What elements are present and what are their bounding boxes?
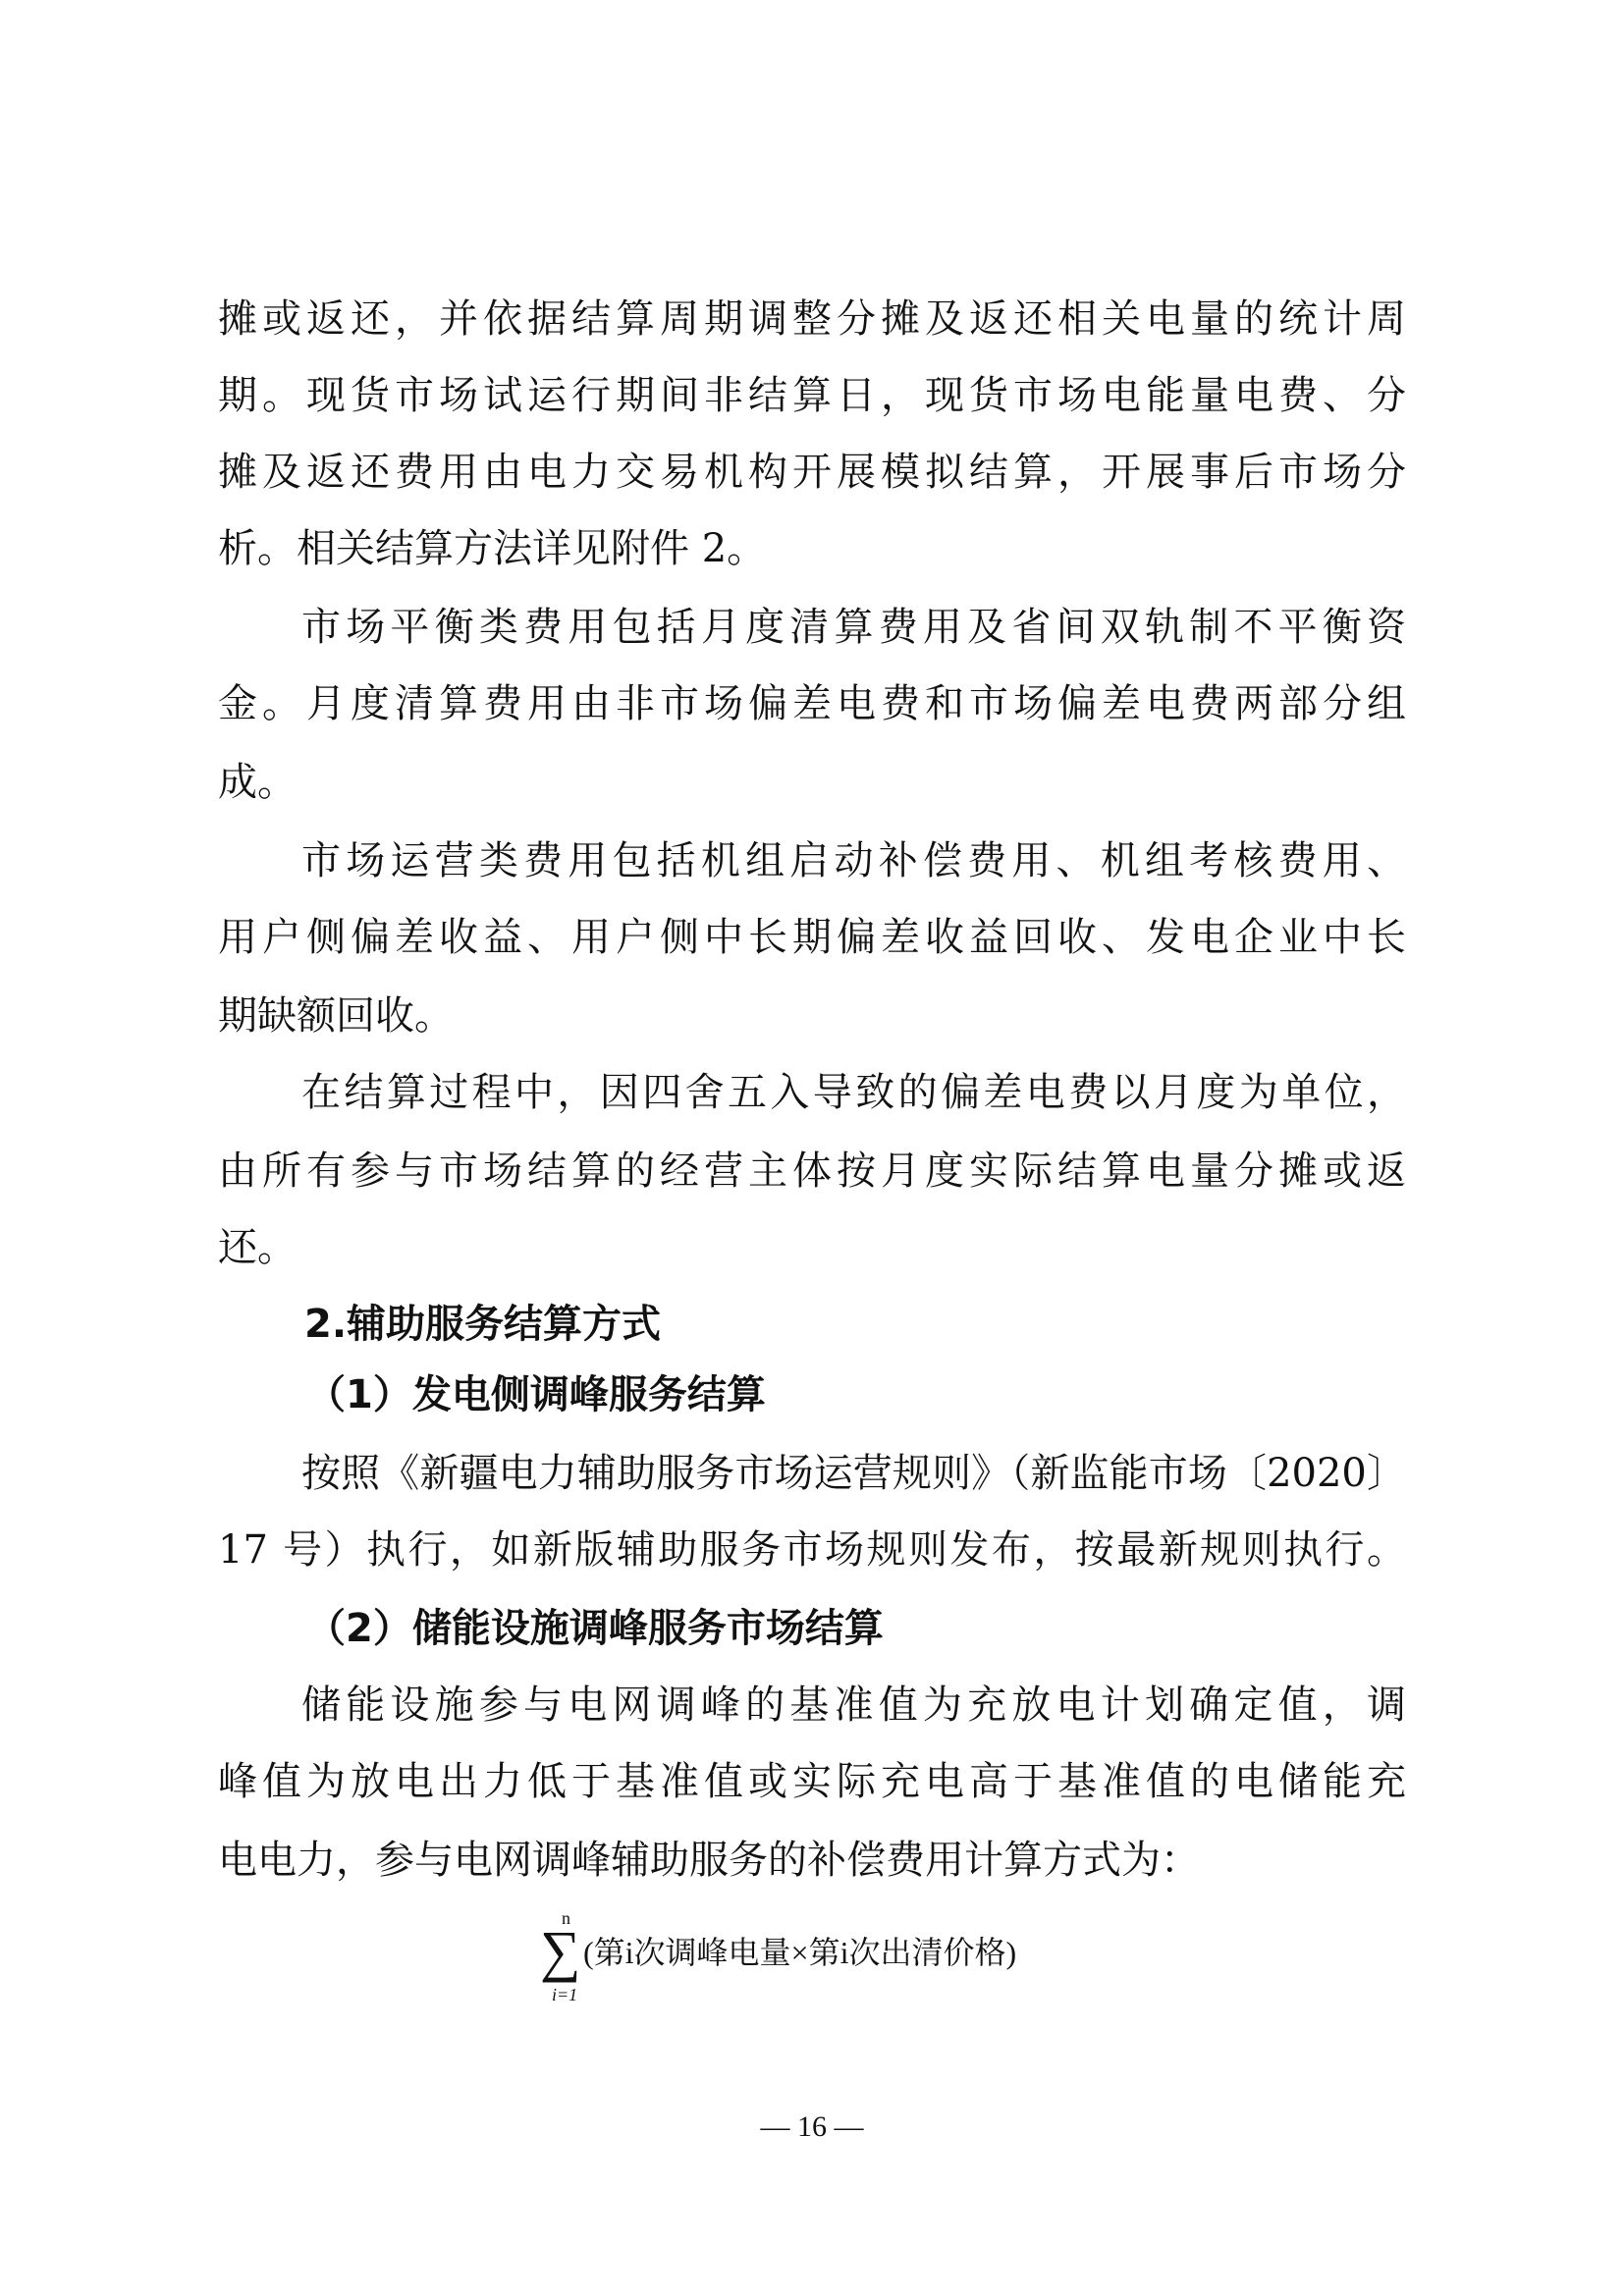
paragraph-4-line-2: 由所有参与市场结算的经营主体按月度实际结算电量分摊或返 — [218, 1132, 1406, 1210]
section-heading-auxiliary-services: 2.辅助服务结算方式 — [304, 1285, 1492, 1363]
paragraph-4-line-3: 还。 — [218, 1208, 1406, 1287]
paragraph-5-line-2: 17 号）执行，如新版辅助服务市场规则发布，按最新规则执行。 — [218, 1511, 1406, 1589]
formula-expression: (第i次调峰电量×第i次出清价格) — [583, 1931, 1016, 1974]
paragraph-1-line-3: 摊及返还费用由电力交易机构开展模拟结算，开展事后市场分 — [218, 433, 1406, 511]
document-page: 摊或返还，并依据结算周期调整分摊及返还相关电量的统计周 期。现货市场试运行期间非… — [0, 0, 1624, 2296]
paragraph-6-line-1: 储能设施参与电网调峰的基准值为充放电计划确定值，调 — [301, 1666, 1406, 1744]
paragraph-3-line-2: 用户侧偏差收益、用户侧中长期偏差收益回收、发电企业中长 — [218, 898, 1406, 977]
subsection-heading-storage-peak-regulation: （2）储能设施调峰服务市场结算 — [306, 1589, 1494, 1668]
paragraph-1-line-2: 期。现货市场试运行期间非结算日，现货市场电能量电费、分 — [218, 356, 1406, 435]
paragraph-5-line-1: 按照《新疆电力辅助服务市场运营规则》（新监能市场〔2020〕 — [301, 1434, 1406, 1513]
paragraph-1-line-1: 摊或返还，并依据结算周期调整分摊及返还相关电量的统计周 — [218, 280, 1406, 358]
paragraph-3-line-1: 市场运营类费用包括机组启动补偿费用、机组考核费用、 — [301, 822, 1406, 900]
summation-icon: ∑ — [540, 1923, 580, 1980]
paragraph-2-line-2: 金。月度清算费用由非市场偏差电费和市场偏差电费两部分组 — [218, 665, 1406, 743]
subsection-heading-generation-peak-regulation: （1）发电侧调峰服务结算 — [306, 1356, 1494, 1434]
paragraph-1-line-4: 析。相关结算方法详见附件 2。 — [218, 509, 1406, 588]
paragraph-2-line-3: 成。 — [218, 743, 1406, 822]
sum-lower-limit: i=1 — [552, 1986, 577, 2003]
paragraph-4-line-1: 在结算过程中，因四舍五入导致的偏差电费以月度为单位， — [301, 1053, 1406, 1132]
page-number: — 16 — — [0, 2110, 1624, 2144]
paragraph-2-line-1: 市场平衡类费用包括月度清算费用及省间双轨制不平衡资 — [301, 588, 1406, 667]
compensation-formula: n ∑ i=1 (第i次调峰电量×第i次出清价格) — [540, 1909, 1129, 2017]
paragraph-6-line-3: 电电力，参与电网调峰辅助服务的补偿费用计算方式为： — [218, 1821, 1406, 1899]
paragraph-3-line-3: 期缺额回收。 — [218, 977, 1406, 1055]
paragraph-6-line-2: 峰值为放电出力低于基准值或实际充电高于基准值的电储能充 — [218, 1742, 1406, 1821]
